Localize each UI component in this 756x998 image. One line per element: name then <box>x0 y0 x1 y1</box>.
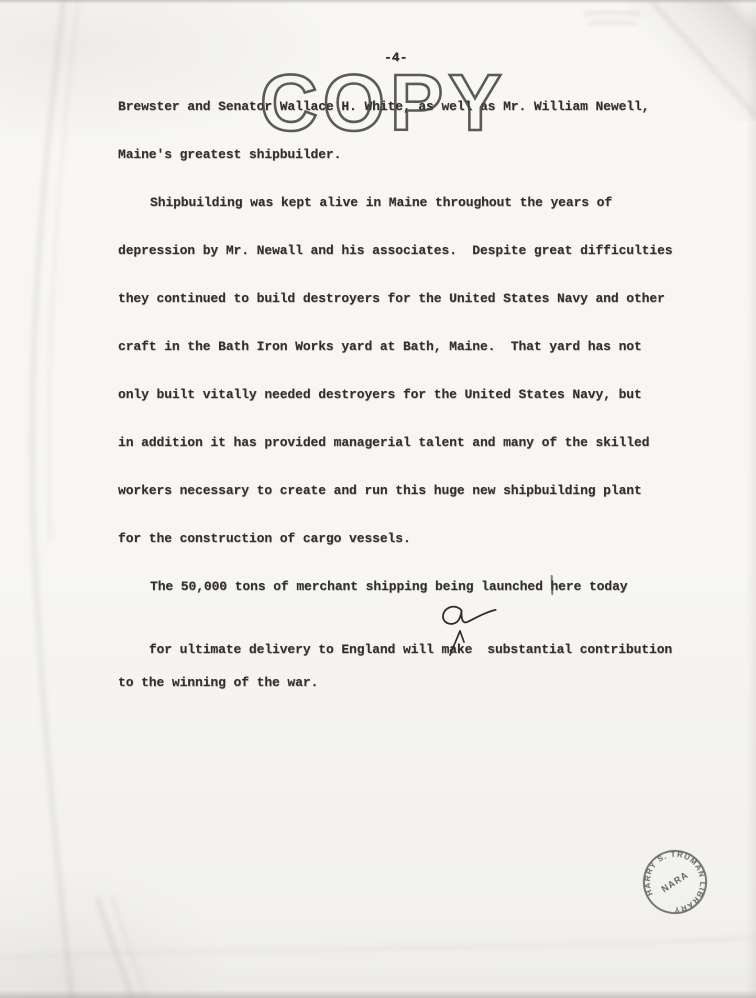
pen-mark-icon <box>551 575 554 595</box>
copy-stamp: COPY <box>252 56 552 148</box>
truman-library-stamp: HARRY S. TRUMAN LIBRARY NARA <box>624 831 726 933</box>
typed-line-12: for ultimate delivery to England will ma… <box>118 627 672 672</box>
typed-line-13: to the winning of the war. <box>118 675 318 690</box>
paper-shading <box>0 868 220 998</box>
typed-line-9: workers necessary to create and run this… <box>118 483 642 498</box>
typed-line-7: only built vitally needed destroyers for… <box>118 387 642 402</box>
typed-line-4: depression by Mr. Newall and his associa… <box>118 243 673 258</box>
page-edge <box>0 990 756 998</box>
stamp-center-text: NARA <box>660 870 691 895</box>
copy-stamp-text: COPY <box>260 58 507 147</box>
typed-line-10: for the construction of cargo vessels. <box>118 531 411 546</box>
typed-line-12-before: for ultimate delivery to England will ma… <box>149 642 472 657</box>
scanned-document-page: -4- COPY Brewster and Senator Wallace H.… <box>0 0 756 998</box>
typed-line-3: Shipbuilding was kept alive in Maine thr… <box>150 195 612 210</box>
page-edge <box>0 0 756 4</box>
typed-line-2: Maine's greatest shipbuilder. <box>118 147 341 162</box>
caret-icon <box>446 629 468 657</box>
typed-line-12-after: substantial contribution <box>487 642 672 657</box>
typed-line-5: they continued to build destroyers for t… <box>118 291 665 306</box>
handwritten-a-icon <box>438 599 502 631</box>
typed-line-6: craft in the Bath Iron Works yard at Bat… <box>118 339 642 354</box>
typed-line-8: in addition it has provided managerial t… <box>118 435 649 450</box>
typed-line-11: The 50,000 tons of merchant shipping bei… <box>150 579 627 594</box>
page-edge <box>746 0 756 998</box>
